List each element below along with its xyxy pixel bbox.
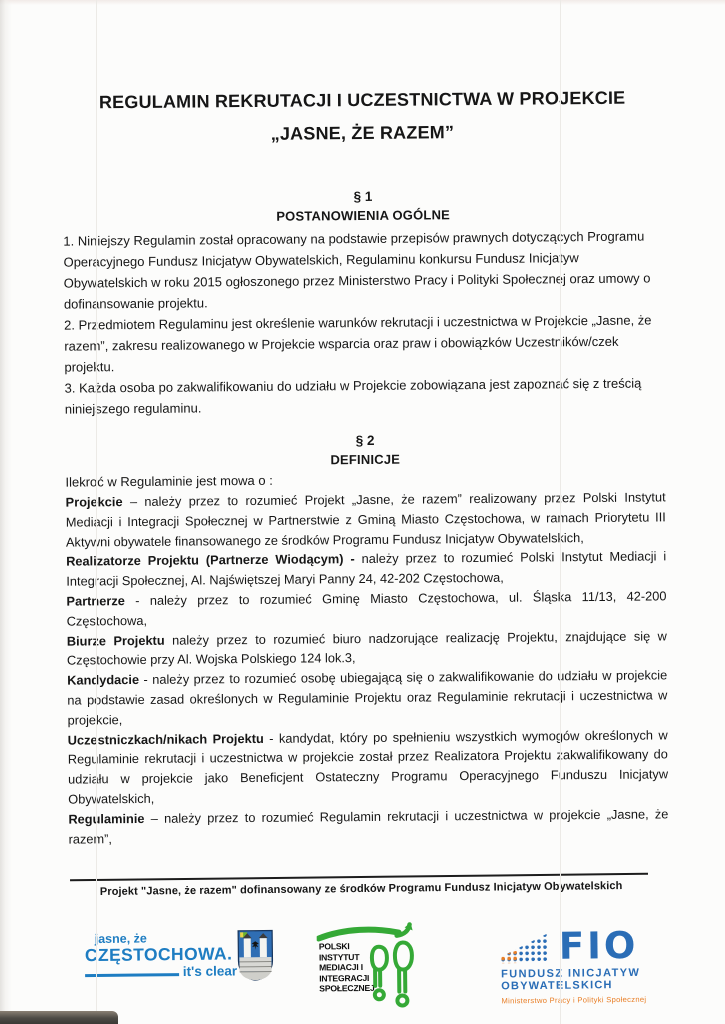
fio-logo-top: FIO [501, 930, 666, 964]
section-1-title: POSTANOWIENIA OGÓLNE [63, 203, 663, 227]
paragraph-3: 3. Każda osoba po zakwalifikowaniu do ud… [65, 372, 665, 419]
definition-kandydacie: Kandydacie - należy przez to rozumieć os… [67, 666, 667, 731]
fio-acronym: FIO [559, 930, 639, 963]
czestochowa-logo: jasne, że CZĘSTOCHOWA. it's clear [85, 931, 276, 980]
definition-projekcie: Projekcie – należy przez to rozumieć Pro… [66, 487, 666, 552]
pimis-wordmark: POLSKI INSTYTUT MEDIACJI I INTEGRACJI SP… [319, 941, 376, 995]
definition-term: Projekcie [66, 494, 123, 509]
scan-corner-artifact [0, 1011, 118, 1024]
fio-ministry-line: Ministerstwo Pracy i Polityki Społecznej [501, 995, 666, 1006]
pimis-people-icon [369, 936, 422, 1014]
definitions-list: Projekcie – należy przez to rozumieć Pro… [66, 487, 669, 849]
pimis-logo: POLSKI INSTYTUT MEDIACJI I INTEGRACJI SP… [319, 924, 420, 994]
definition-term: Biurze Projektu [67, 632, 165, 648]
section-1-body: 1. Niniejszy Regulamin został opracowany… [63, 225, 665, 419]
definition-partnerze: Partnerze - należy przez to rozumieć Gmi… [66, 586, 666, 631]
partner-logos: jasne, że CZĘSTOCHOWA. it's clear [60, 892, 663, 1019]
fio-dots-icon [501, 933, 549, 964]
document-page: REGULAMIN REKRUTACJI I UCZESTNICTWA W PR… [0, 0, 725, 1024]
document-title: REGULAMIN REKRUTACJI I UCZESTNICTWA W PR… [62, 81, 663, 152]
fio-name-line-2: OBYWATELSKICH [501, 979, 666, 994]
pimis-line-1: POLSKI [319, 941, 375, 952]
scan-crease [96, 0, 97, 1024]
scan-edge-left [0, 0, 12, 1024]
pimis-line-5: SPOŁECZNEJ [319, 983, 375, 994]
definition-text: – należy przez to rozumieć Projekt „Jasn… [66, 489, 666, 549]
definition-term: Kandydacie [67, 672, 139, 688]
title-line-2: „JASNE, ŻE RAZEM” [62, 114, 662, 152]
definition-text: – należy przez to rozumieć Regulamin rek… [69, 806, 669, 846]
section-1-heading: § 1 POSTANOWIENIA OGÓLNE [63, 185, 663, 227]
definition-term: Uczestniczkach/nikach Projektu [68, 730, 264, 747]
document-content: REGULAMIN REKRUTACJI I UCZESTNICTWA W PR… [62, 81, 669, 849]
pimis-line-3: MEDIACJI I [319, 962, 375, 973]
czestochowa-underline [85, 973, 179, 977]
czestochowa-tagline-text: it's clear [183, 963, 237, 979]
paragraph-2: 2. Przedmiotem Regulaminu jest określeni… [64, 309, 665, 377]
title-line-1: REGULAMIN REKRUTACJI I UCZESTNICTWA W PR… [62, 81, 662, 119]
definition-text: - należy przez to rozumieć osobę ubiegaj… [67, 668, 667, 728]
fio-logo: FIO FUNDUSZ INICJATYW OBYWATELSKICH Mini… [501, 930, 667, 1006]
pimis-line-2: INSTYTUT [319, 951, 375, 962]
definition-term: Realizatorze Projektu (Partnerze Wiodący… [66, 551, 355, 569]
scan-edge-top [0, 0, 725, 5]
definition-term: Regulaminie [68, 811, 144, 827]
definition-biurze-projektu: Biurze Projektu należy przez to rozumieć… [67, 626, 667, 671]
paragraph-1: 1. Niniejszy Regulamin został opracowany… [63, 225, 664, 314]
definition-text: - należy przez to rozumieć Gminę Miasto … [67, 588, 667, 628]
document-footer: Projekt "Jasne, że razem" dofinansowany … [60, 873, 664, 1019]
scan-crease [560, 0, 561, 1024]
section-2-heading: § 2 DEFINICJE [65, 429, 665, 471]
czestochowa-tagline-bottom: it's clear [85, 963, 237, 980]
pimis-line-4: INTEGRACJI [319, 973, 375, 984]
czestochowa-coat-of-arms [237, 929, 275, 986]
definition-realizatorze: Realizatorze Projektu (Partnerze Wiodący… [66, 547, 666, 592]
definition-regulaminie: Regulaminie – należy przez to rozumieć R… [68, 804, 668, 849]
definition-uczestniczkach: Uczestniczkach/nikach Projektu - kandyda… [68, 725, 669, 809]
